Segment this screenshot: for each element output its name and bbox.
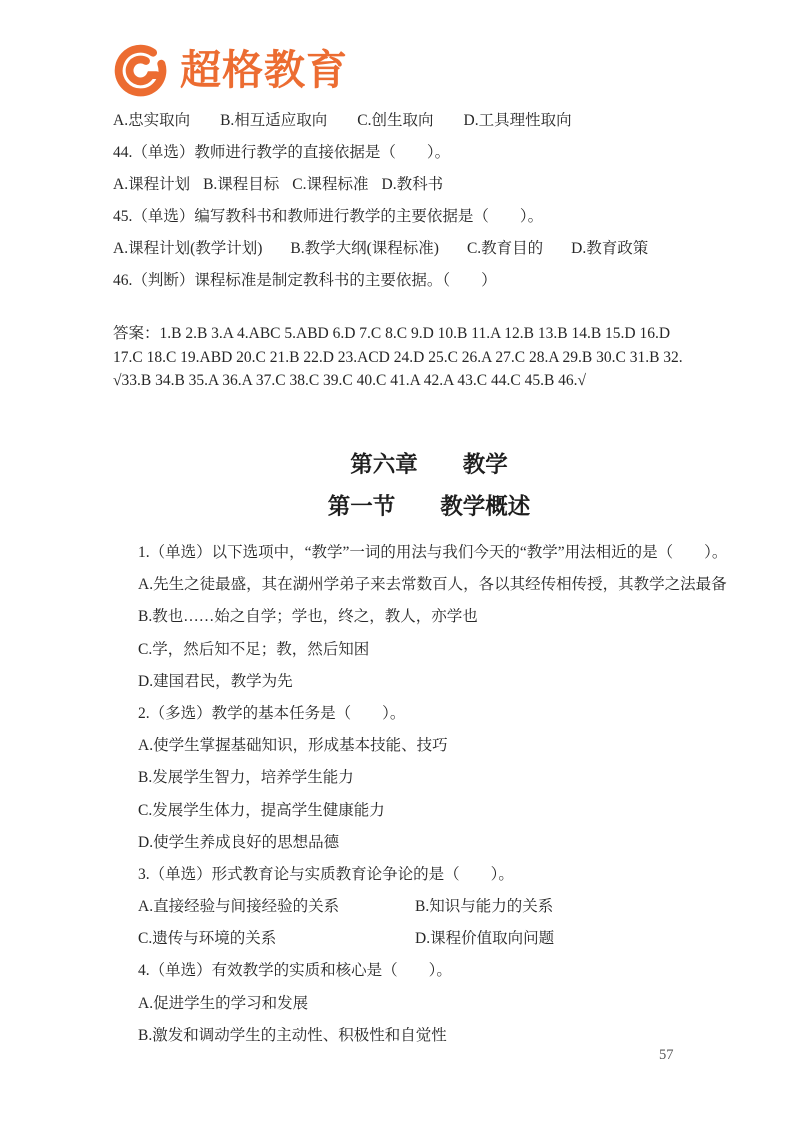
brand-logo: 超格教育 (112, 42, 348, 99)
options-row: A.忠实取向B.相互适应取向C.创生取向D.工具理性取向 (113, 105, 648, 137)
question-line: 45.（单选）编写教科书和教师进行教学的主要依据是（ ）。 (113, 201, 648, 233)
option-item: B.教学大纲(课程标准) (290, 240, 439, 257)
chaoge-g-icon (112, 42, 169, 99)
option-item: D.教科书 (382, 176, 444, 193)
question-line: 3.（单选）形式教育论与实质教育论争论的是（ ）。 (138, 859, 727, 891)
options-row: A.课程计划B.课程目标C.课程标准D.教科书 (113, 169, 648, 201)
option-line: B.发展学生智力，培养学生能力 (138, 762, 727, 794)
options-two-col: A.直接经验与间接经验的关系B.知识与能力的关系 (138, 891, 727, 923)
option-item: C.创生取向 (357, 112, 433, 129)
answer-line: 17.C 18.C 19.ABD 20.C 21.B 22.D 23.ACD 2… (113, 346, 683, 370)
option-item: D.工具理性取向 (464, 112, 572, 129)
option-line: A.促进学生的学习和发展 (138, 988, 727, 1020)
option-line: D.建国君民，教学为先 (138, 666, 727, 698)
answer-line: 答案：1.B 2.B 3.A 4.ABC 5.ABD 6.D 7.C 8.C 9… (113, 322, 683, 346)
brand-text: 超格教育 (180, 50, 348, 91)
question-line: 44.（单选）教师进行教学的直接依据是（ ）。 (113, 137, 648, 169)
option-item: D.教育政策 (571, 240, 648, 257)
answers-block: 答案：1.B 2.B 3.A 4.ABC 5.ABD 6.D 7.C 8.C 9… (113, 322, 683, 393)
option-item: D.课程价值取向问题 (415, 930, 554, 947)
question-line: 2.（多选）教学的基本任务是（ ）。 (138, 698, 727, 730)
option-item: A.课程计划(教学计划) (113, 240, 262, 257)
option-line: D.使学生养成良好的思想品德 (138, 827, 727, 859)
chapter-heading: 第六章 教学 (113, 452, 745, 478)
answer-line: √33.B 34.B 35.A 36.A 37.C 38.C 39.C 40.C… (113, 369, 683, 393)
option-line: A.先生之徒最盛，其在湖州学弟子来去常数百人，各以其经传相传授，其教学之法最备 (138, 569, 727, 601)
section-heading: 第一节 教学概述 (113, 494, 745, 520)
chapter-questions: 1.（单选）以下选项中，“教学”一词的用法与我们今天的“教学”用法相近的是（ ）… (138, 537, 727, 1052)
option-item: C.遗传与环境的关系 (138, 923, 415, 955)
question-line: 1.（单选）以下选项中，“教学”一词的用法与我们今天的“教学”用法相近的是（ ）… (138, 537, 727, 569)
option-item: C.课程标准 (292, 176, 368, 193)
question-line: 46.（判断）课程标准是制定教科书的主要依据。（ ） (113, 265, 648, 297)
option-item: C.教育目的 (467, 240, 543, 257)
option-line: A.使学生掌握基础知识，形成基本技能、技巧 (138, 730, 727, 762)
option-item: A.忠实取向 (113, 112, 190, 129)
document-page: 超格教育 A.忠实取向B.相互适应取向C.创生取向D.工具理性取向44.（单选）… (0, 0, 804, 1137)
options-row: A.课程计划(教学计划)B.教学大纲(课程标准)C.教育目的D.教育政策 (113, 233, 648, 265)
option-item: A.直接经验与间接经验的关系 (138, 891, 415, 923)
question-line: 4.（单选）有效教学的实质和核心是（ ）。 (138, 955, 727, 987)
page-number: 57 (659, 1047, 674, 1064)
option-line: C.学，然后知不足；教，然后知困 (138, 634, 727, 666)
option-line: B.激发和调动学生的主动性、积极性和自觉性 (138, 1020, 727, 1052)
option-line: B.教也……始之自学；学也，终之，教人，亦学也 (138, 601, 727, 633)
option-item: B.知识与能力的关系 (415, 898, 553, 915)
options-two-col: C.遗传与环境的关系D.课程价值取向问题 (138, 923, 727, 955)
option-item: B.课程目标 (203, 176, 279, 193)
previous-section-questions: A.忠实取向B.相互适应取向C.创生取向D.工具理性取向44.（单选）教师进行教… (113, 105, 648, 297)
option-item: B.相互适应取向 (220, 112, 327, 129)
option-line: C.发展学生体力，提高学生健康能力 (138, 795, 727, 827)
option-item: A.课程计划 (113, 176, 190, 193)
